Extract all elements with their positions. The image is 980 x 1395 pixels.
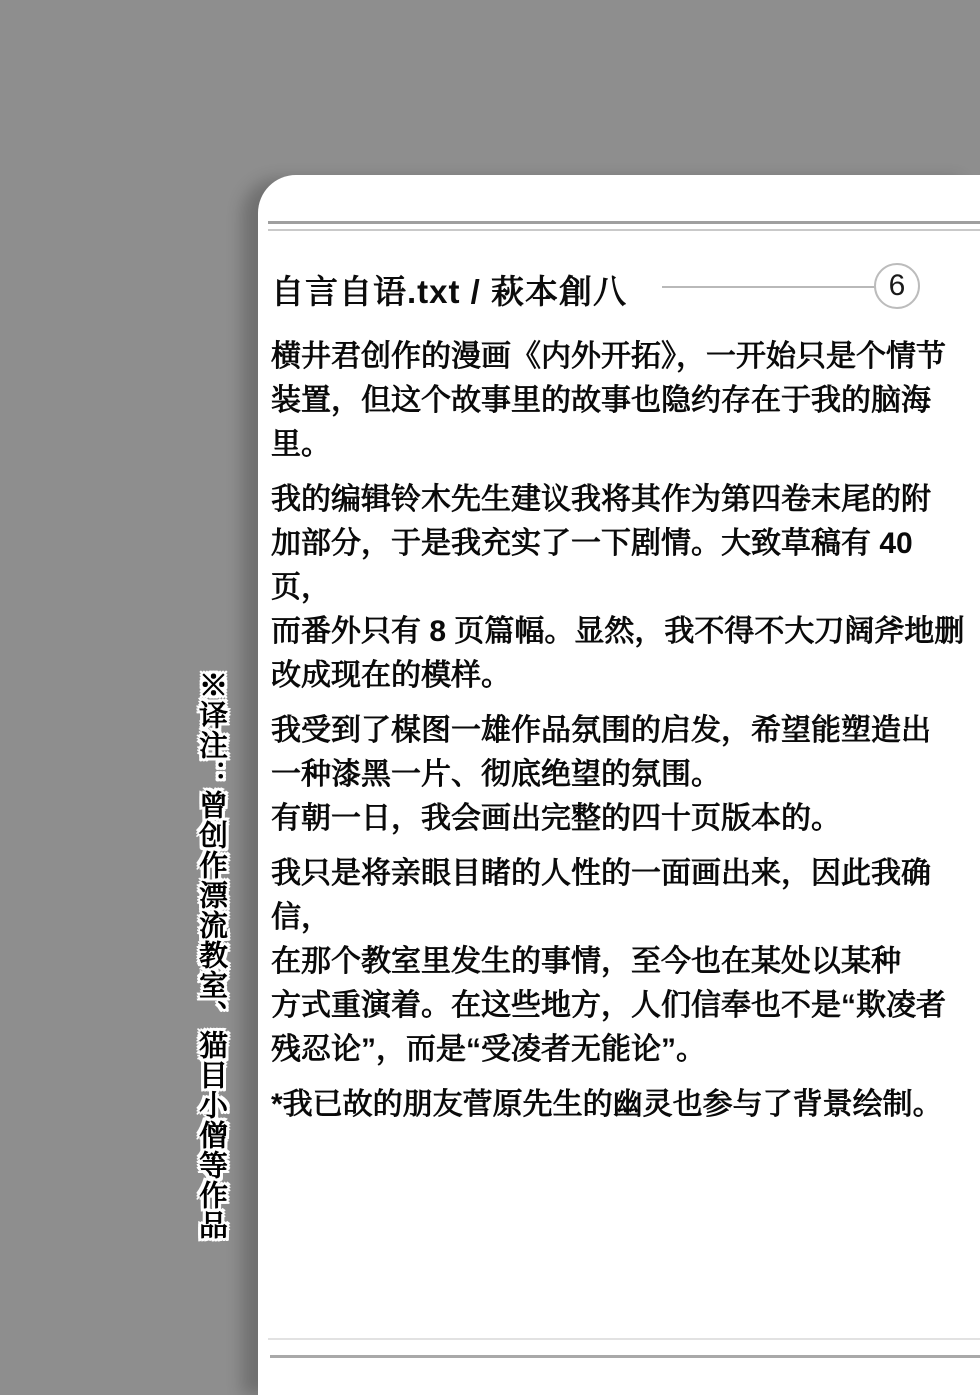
top-rule-secondary xyxy=(268,229,980,231)
body-paragraph-3: 我受到了楳图一雄作品氛围的启发，希望能塑造出一种漆黑一片、彻底绝望的氛围。有朝一… xyxy=(271,709,973,841)
top-rule-primary xyxy=(268,221,980,224)
body-paragraph-2: 我的编辑铃木先生建议我将其作为第四卷末尾的附加部分，于是我充实了一下剧情。大致草… xyxy=(271,478,973,698)
page-title: 自言自语.txt / 萩本創八 xyxy=(271,266,627,313)
title-rule xyxy=(662,286,876,288)
manga-afterword-page: 自言自语.txt / 萩本創八 6 横井君创作的漫画《内外开拓》，一开始只是个情… xyxy=(258,175,980,1395)
canvas: { "colors": { "background": "#8e8e8e", "… xyxy=(0,0,980,1395)
page-number-badge: 6 xyxy=(874,263,920,309)
footnote: *我已故的朋友菅原先生的幽灵也参与了背景绘制。 xyxy=(271,1083,973,1127)
body-text: 横井君创作的漫画《内外开拓》，一开始只是个情节装置，但这个故事里的故事也隐约存在… xyxy=(271,335,973,1138)
page-number: 6 xyxy=(889,269,906,303)
body-paragraph-4: 我只是将亲眼目睹的人性的一面画出来，因此我确信，在那个教室里发生的事情，至今也在… xyxy=(271,852,973,1072)
bottom-rule-light xyxy=(268,1338,980,1340)
bottom-rule-dark xyxy=(270,1355,980,1358)
translator-note: ※译注：曾创作漂流教室、猫目小僧等作品 xyxy=(194,670,227,1240)
body-paragraph-1: 横井君创作的漫画《内外开拓》，一开始只是个情节装置，但这个故事里的故事也隐约存在… xyxy=(271,335,973,467)
